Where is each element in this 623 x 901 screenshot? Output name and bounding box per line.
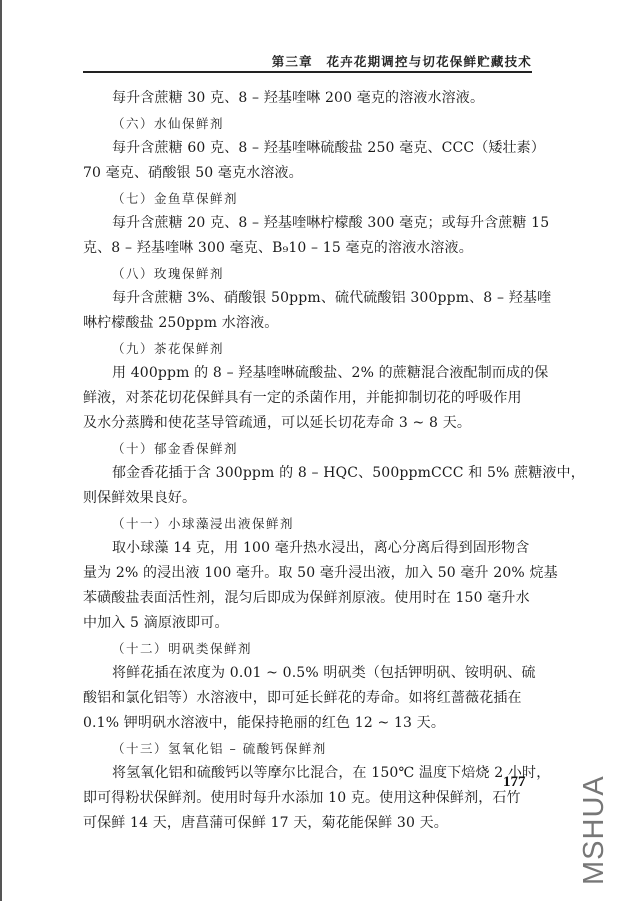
paragraph-line: 克、8 – 羟基喹啉 300 毫克、B₉10 – 15 毫克的溶液水溶液。 xyxy=(83,236,535,261)
paragraph-line: 每升含蔗糖 20 克、8 – 羟基喹啉柠檬酸 300 毫克；或每升含蔗糖 15 xyxy=(83,211,535,236)
paragraph-line: 中加入 5 滴原液即可。 xyxy=(83,611,535,636)
paragraph-line: 酸铝和氯化铝等）水溶液中，即可延长鲜花的寿命。如将红蔷薇花插在 xyxy=(83,686,535,711)
paragraph-line: 每升含蔗糖 30 克、8 – 羟基喹啉 200 毫克的溶液水溶液。 xyxy=(83,86,535,111)
section-heading: （八）玫瑰保鲜剂 xyxy=(83,261,535,286)
paragraph-line: 及水分蒸腾和使花茎导管疏通，可以延长切花寿命 3 ~ 8 天。 xyxy=(83,411,535,436)
section-heading: （十一）小球藻浸出液保鲜剂 xyxy=(83,511,535,536)
paragraph-line: 每升含蔗糖 60 克、8 – 羟基喹啉硫酸盐 250 毫克、CCC（矮壮素） xyxy=(83,136,535,161)
page-body: 每升含蔗糖 30 克、8 – 羟基喹啉 200 毫克的溶液水溶液。（六）水仙保鲜… xyxy=(83,86,535,836)
paragraph-line: 用 400ppm 的 8 – 羟基喹啉硫酸盐、2% 的蔗糖混合液配制而成的保 xyxy=(83,361,535,386)
paragraph-line: 将氢氧化铝和硫酸钙以等摩尔比混合，在 150℃ 温度下焙烧 2 小时， xyxy=(83,761,535,786)
chapter-title: 第三章 花卉花期调控与切花保鲜贮藏技术 xyxy=(272,52,532,70)
paragraph-line: 苯磺酸盐表面活性剂，混匀后即成为保鲜剂原液。使用时在 150 毫升水 xyxy=(83,586,535,611)
section-heading: （七）金鱼草保鲜剂 xyxy=(83,186,535,211)
section-heading: （六）水仙保鲜剂 xyxy=(83,111,535,136)
header-rule xyxy=(83,71,532,73)
page-edge-border xyxy=(0,0,2,901)
watermark: MSHUA xyxy=(578,775,611,885)
paragraph-line: 每升含蔗糖 3%、硝酸银 50ppm、硫代硫酸铝 300ppm、8 – 羟基喹 xyxy=(83,286,535,311)
paragraph-line: 即可得粉状保鲜剂。使用时每升水添加 10 克。使用这种保鲜剂，石竹 xyxy=(83,786,535,811)
paragraph-line: 70 毫克、硝酸银 50 毫克水溶液。 xyxy=(83,161,535,186)
section-heading: （十二）明矾类保鲜剂 xyxy=(83,636,535,661)
section-heading: （十三）氢氧化铝 – 硫酸钙保鲜剂 xyxy=(83,736,535,761)
paragraph-line: 可保鲜 14 天，唐菖蒲可保鲜 17 天，菊花能保鲜 30 天。 xyxy=(83,811,535,836)
paragraph-line: 啉柠檬酸盐 250ppm 水溶液。 xyxy=(83,311,535,336)
paragraph-line: 则保鲜效果良好。 xyxy=(83,486,535,511)
paragraph-line: 郁金香花插于含 300ppm 的 8 – HQC、500ppmCCC 和 5% … xyxy=(83,461,535,486)
paragraph-line: 将鲜花插在浓度为 0.01 ~ 0.5% 明矾类（包括钾明矾、铵明矾、硫 xyxy=(83,661,535,686)
running-header: 第三章 花卉花期调控与切花保鲜贮藏技术 xyxy=(83,48,532,72)
paragraph-line: 量为 2% 的浸出液 100 毫升。取 50 毫升浸出液，加入 50 毫升 20… xyxy=(83,561,535,586)
paragraph-line: 取小球藻 14 克，用 100 毫升热水浸出，离心分离后得到固形物含 xyxy=(83,536,535,561)
section-heading: （九）茶花保鲜剂 xyxy=(83,336,535,361)
page-number: 177 xyxy=(503,774,526,791)
paragraph-line: 鲜液，对茶花切花保鲜具有一定的杀菌作用，并能抑制切花的呼吸作用 xyxy=(83,386,535,411)
paragraph-line: 0.1% 钾明矾水溶液中，能保持艳丽的红色 12 ~ 13 天。 xyxy=(83,711,535,736)
section-heading: （十）郁金香保鲜剂 xyxy=(83,436,535,461)
